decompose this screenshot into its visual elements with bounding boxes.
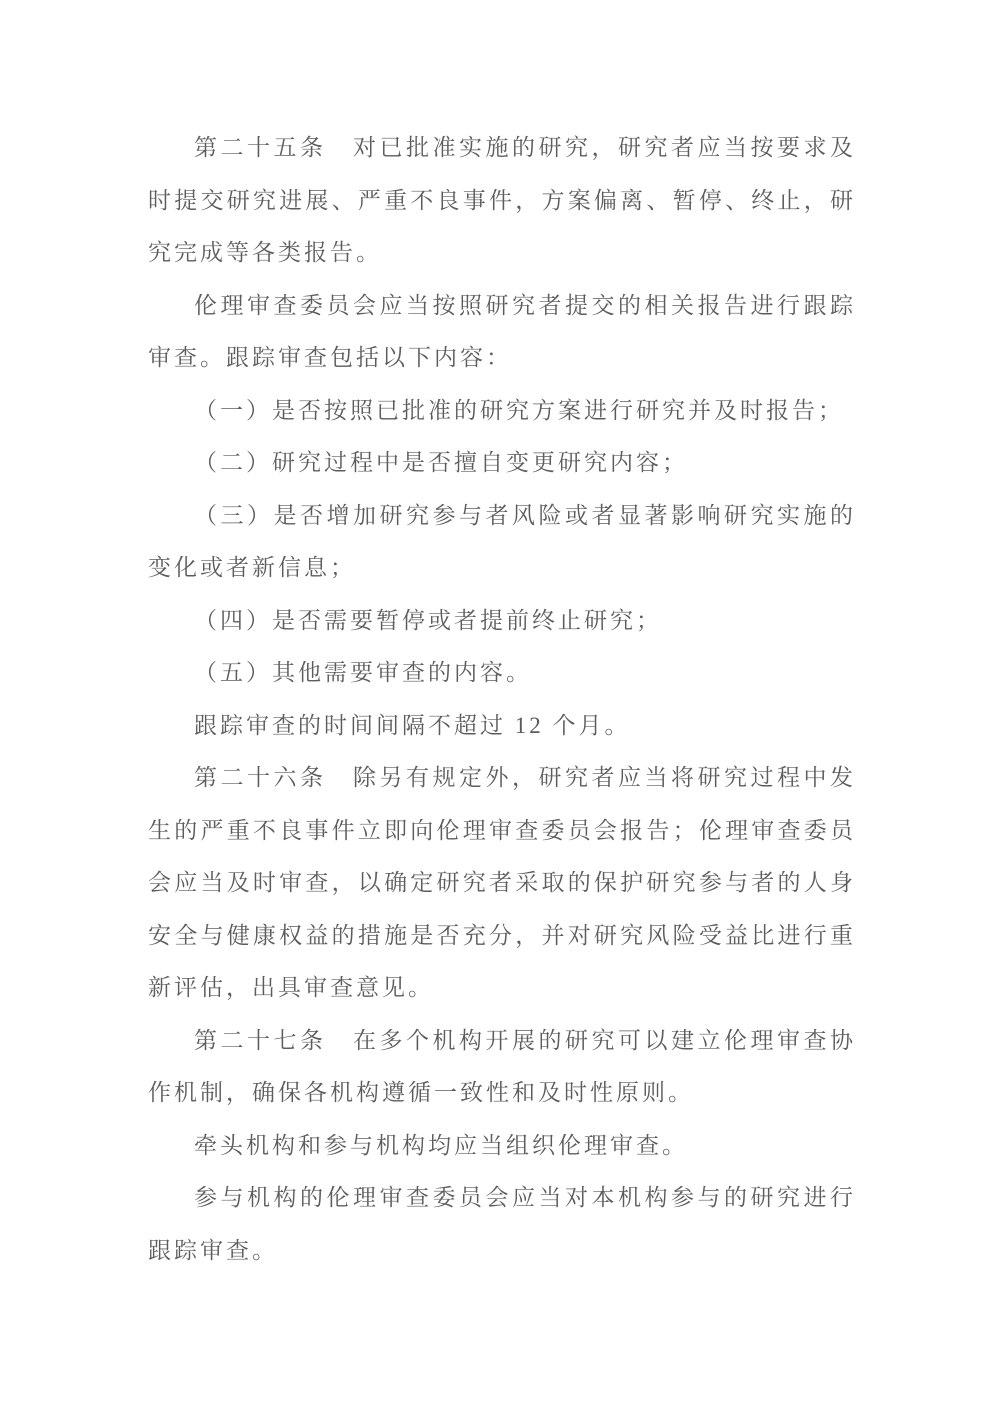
paragraph-item-3: （三）是否增加研究参与者风险或者显著影响研究实施的变化或者新信息； <box>148 490 856 595</box>
paragraph-article-26: 第二十六条 除另有规定外，研究者应当将研究过程中发生的严重不良事件立即向伦理审查… <box>148 752 856 1015</box>
paragraph-article-25: 第二十五条 对已批准实施的研究，研究者应当按要求及时提交研究进展、严重不良事件，… <box>148 122 856 280</box>
paragraph-lead-institution: 牵头机构和参与机构均应当组织伦理审查。 <box>148 1120 856 1173</box>
document-page: 第二十五条 对已批准实施的研究，研究者应当按要求及时提交研究进展、严重不良事件，… <box>0 0 1000 1413</box>
paragraph-item-1: （一）是否按照已批准的研究方案进行研究并及时报告； <box>148 385 856 438</box>
paragraph-interval-note: 跟踪审查的时间间隔不超过 12 个月。 <box>148 700 856 753</box>
paragraph-participating-institution: 参与机构的伦理审查委员会应当对本机构参与的研究进行跟踪审查。 <box>148 1172 856 1277</box>
paragraph-tracking-review-intro: 伦理审查委员会应当按照研究者提交的相关报告进行跟踪审查。跟踪审查包括以下内容： <box>148 280 856 385</box>
paragraph-article-27: 第二十七条 在多个机构开展的研究可以建立伦理审查协作机制，确保各机构遵循一致性和… <box>148 1015 856 1120</box>
paragraph-item-4: （四）是否需要暂停或者提前终止研究； <box>148 595 856 648</box>
paragraph-item-5: （五）其他需要审查的内容。 <box>148 647 856 700</box>
paragraph-item-2: （二）研究过程中是否擅自变更研究内容； <box>148 437 856 490</box>
